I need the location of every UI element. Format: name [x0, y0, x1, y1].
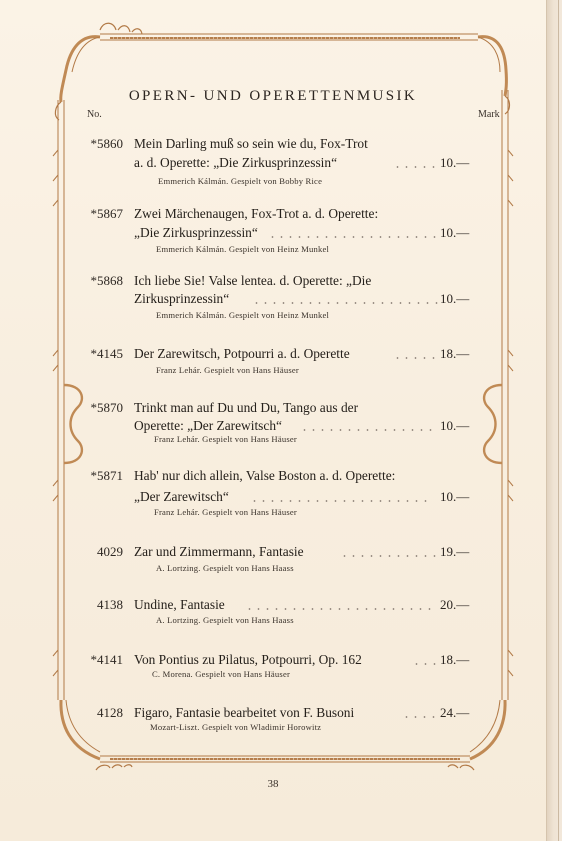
price: 10.— [440, 291, 469, 307]
record-number: *5867 [83, 206, 123, 222]
entry-title-line: „Die Zirkusprinzessin“ [134, 225, 258, 241]
price: 10.— [440, 418, 469, 434]
price: 10.— [440, 155, 469, 171]
leader-dots [412, 663, 436, 665]
composer-performer: C. Morena. Gespielt von Hans Häuser [152, 669, 290, 679]
page-edge [546, 0, 562, 841]
leader-dots [252, 302, 438, 304]
entry-title-line: „Der Zarewitsch“ [134, 489, 229, 505]
entry-title-line: Ich liebe Sie! Valse lentea. d. Operette… [134, 273, 371, 289]
composer-performer: Franz Lehár. Gespielt von Hans Häuser [154, 507, 297, 517]
leader-dots [340, 555, 438, 557]
price: 18.— [440, 346, 469, 362]
entry-title-line: Mein Darling muß so sein wie du, Fox-Tro… [134, 136, 368, 152]
entry-title-line: Figaro, Fantasie bearbeitet von F. Buson… [134, 705, 354, 721]
price: 10.— [440, 489, 469, 505]
entry-title-line: Zwei Märchenaugen, Fox-Trot a. d. Operet… [134, 206, 378, 222]
price: 19.— [440, 544, 469, 560]
entry-title-line: Von Pontius zu Pilatus, Potpourri, Op. 1… [134, 652, 362, 668]
record-number: 4029 [83, 544, 123, 560]
page-title: OPERN- UND OPERETTENMUSIK [0, 88, 546, 105]
entry-title-line: Undine, Fantasie [134, 597, 225, 613]
leader-dots [268, 236, 438, 238]
record-number: 4128 [83, 705, 123, 721]
column-header-price: Mark [478, 109, 500, 120]
price: 20.— [440, 597, 469, 613]
record-number: *4141 [83, 652, 123, 668]
price: 24.— [440, 705, 469, 721]
composer-performer: A. Lortzing. Gespielt von Hans Haass [156, 615, 294, 625]
composer-performer: Franz Lehár. Gespielt von Hans Häuser [156, 365, 299, 375]
price: 10.— [440, 225, 469, 241]
price: 18.— [440, 652, 469, 668]
record-number: *5868 [83, 273, 123, 289]
leader-dots [393, 166, 435, 168]
entry-title-line: Trinkt man auf Du und Du, Tango aus der [134, 400, 358, 416]
composer-performer: A. Lortzing. Gespielt von Hans Haass [156, 563, 294, 573]
catalog-page: OPERN- UND OPERETTENMUSIK No. Mark *5860… [0, 0, 546, 841]
entry-title-line: Operette: „Der Zarewitsch“ [134, 418, 282, 434]
composer-performer: Emmerich Kálmán. Gespielt von Heinz Munk… [156, 244, 329, 254]
record-number: *4145 [83, 346, 123, 362]
composer-performer: Franz Lehár. Gespielt von Hans Häuser [154, 434, 297, 444]
entry-title-line: a. d. Operette: „Die Zirkusprinzessin“ [134, 155, 337, 171]
composer-performer: Mozart-Liszt. Gespielt von Wladimir Horo… [150, 722, 321, 732]
composer-performer: Emmerich Kálmán. Gespielt von Bobby Rice [158, 176, 322, 186]
leader-dots [300, 429, 438, 431]
record-number: *5870 [83, 400, 123, 416]
leader-dots [393, 357, 435, 359]
column-header-number: No. [87, 109, 102, 120]
record-number: *5860 [83, 136, 123, 152]
leader-dots [250, 500, 430, 502]
entry-title-line: Zirkusprinzessin“ [134, 291, 229, 307]
leader-dots [402, 716, 436, 718]
composer-performer: Emmerich Kálmán. Gespielt von Heinz Munk… [156, 310, 329, 320]
record-number: 4138 [83, 597, 123, 613]
record-number: *5871 [83, 468, 123, 484]
entry-title-line: Hab' nur dich allein, Valse Boston a. d.… [134, 468, 395, 484]
entry-title-line: Zar und Zimmermann, Fantasie [134, 544, 304, 560]
page-number: 38 [0, 778, 546, 790]
leader-dots [245, 608, 437, 610]
entry-title-line: Der Zarewitsch, Potpourri a. d. Operette [134, 346, 350, 362]
